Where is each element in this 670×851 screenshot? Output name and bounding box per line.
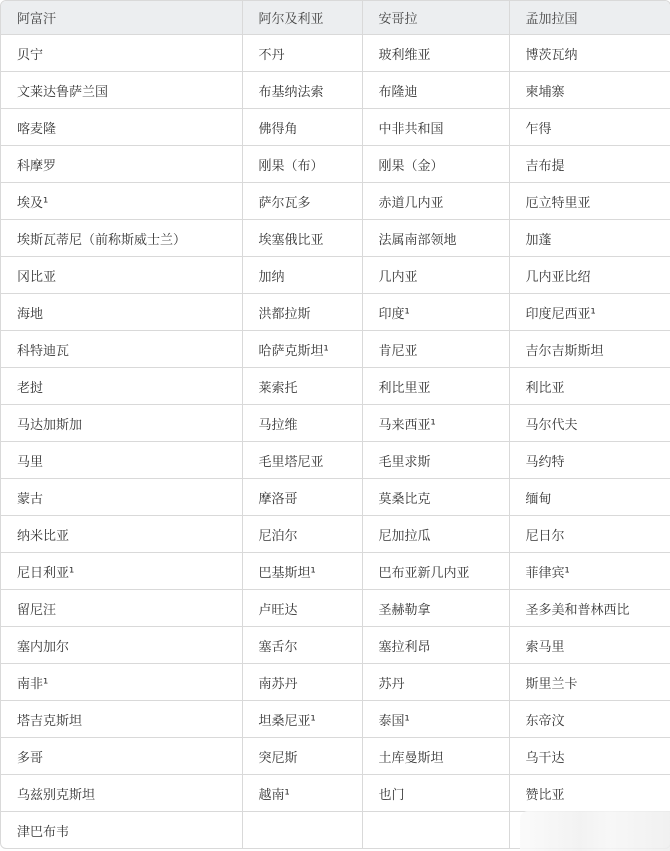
table-cell: 东帝汶 xyxy=(509,701,670,738)
table-cell: 圣多美和普林西比 xyxy=(509,590,670,627)
country-table: 阿富汗 阿尔及利亚 安哥拉 孟加拉国 贝宁不丹玻利维亚博茨瓦纳文莱达鲁萨兰国布基… xyxy=(1,1,670,848)
table-cell: 塞舌尔 xyxy=(242,627,362,664)
table-cell: 南苏丹 xyxy=(242,664,362,701)
table-cell: 哈萨克斯坦¹ xyxy=(242,331,362,368)
table-row: 尼日利亚¹巴基斯坦¹巴布亚新几内亚菲律宾¹ xyxy=(1,553,670,590)
table-cell: 马来西亚¹ xyxy=(362,405,509,442)
table-cell: 摩洛哥 xyxy=(242,479,362,516)
table-cell: 南非¹ xyxy=(1,664,242,701)
table-row: 喀麦隆佛得角中非共和国乍得 xyxy=(1,109,670,146)
table-cell: 埃及¹ xyxy=(1,183,242,220)
table-row: 埃斯瓦蒂尼（前称斯威士兰）埃塞俄比亚法属南部领地加蓬 xyxy=(1,220,670,257)
table-row: 老挝莱索托利比里亚利比亚 xyxy=(1,368,670,405)
table-cell: 法属南部领地 xyxy=(362,220,509,257)
table-cell: 苏丹 xyxy=(362,664,509,701)
table-cell: 博茨瓦纳 xyxy=(509,35,670,72)
table-cell: 海地 xyxy=(1,294,242,331)
table-row: 马里毛里塔尼亚毛里求斯马约特 xyxy=(1,442,670,479)
table-cell: 马拉维 xyxy=(242,405,362,442)
table-row: 科特迪瓦哈萨克斯坦¹肯尼亚吉尔吉斯斯坦 xyxy=(1,331,670,368)
table-cell: 塔吉克斯坦 xyxy=(1,701,242,738)
table-cell: 越南¹ xyxy=(242,775,362,812)
table-cell: 布基纳法索 xyxy=(242,72,362,109)
table-cell: 蒙古 xyxy=(1,479,242,516)
table-cell: 纳米比亚 xyxy=(1,516,242,553)
table-cell: 吉尔吉斯斯坦 xyxy=(509,331,670,368)
blurred-watermark xyxy=(520,811,670,851)
table-cell: 缅甸 xyxy=(509,479,670,516)
table-cell: 莫桑比克 xyxy=(362,479,509,516)
table-cell: 乌干达 xyxy=(509,738,670,775)
table-cell: 印度¹ xyxy=(362,294,509,331)
table-cell: 马里 xyxy=(1,442,242,479)
table-cell: 玻利维亚 xyxy=(362,35,509,72)
table-cell: 尼日尔 xyxy=(509,516,670,553)
table-cell: 毛里求斯 xyxy=(362,442,509,479)
table-cell: 加纳 xyxy=(242,257,362,294)
table-row: 南非¹南苏丹苏丹斯里兰卡 xyxy=(1,664,670,701)
table-cell: 肯尼亚 xyxy=(362,331,509,368)
table-cell: 洪都拉斯 xyxy=(242,294,362,331)
table-cell: 尼日利亚¹ xyxy=(1,553,242,590)
table-cell: 赤道几内亚 xyxy=(362,183,509,220)
table-cell: 印度尼西亚¹ xyxy=(509,294,670,331)
table-cell: 老挝 xyxy=(1,368,242,405)
country-table-container: 阿富汗 阿尔及利亚 安哥拉 孟加拉国 贝宁不丹玻利维亚博茨瓦纳文莱达鲁萨兰国布基… xyxy=(0,0,670,849)
table-row: 海地洪都拉斯印度¹印度尼西亚¹ xyxy=(1,294,670,331)
table-row: 留尼汪卢旺达圣赫勒拿圣多美和普林西比 xyxy=(1,590,670,627)
table-row: 马达加斯加马拉维马来西亚¹马尔代夫 xyxy=(1,405,670,442)
table-cell: 科特迪瓦 xyxy=(1,331,242,368)
table-header: 阿富汗 阿尔及利亚 安哥拉 孟加拉国 xyxy=(1,1,670,35)
table-cell: 萨尔瓦多 xyxy=(242,183,362,220)
table-row: 蒙古摩洛哥莫桑比克缅甸 xyxy=(1,479,670,516)
table-cell: 埃塞俄比亚 xyxy=(242,220,362,257)
table-cell: 乌兹别克斯坦 xyxy=(1,775,242,812)
header-cell: 孟加拉国 xyxy=(509,1,670,35)
table-row: 文莱达鲁萨兰国布基纳法索布隆迪柬埔寨 xyxy=(1,72,670,109)
table-cell: 刚果（金） xyxy=(362,146,509,183)
table-cell: 埃斯瓦蒂尼（前称斯威士兰） xyxy=(1,220,242,257)
header-cell: 阿尔及利亚 xyxy=(242,1,362,35)
table-row: 冈比亚加纳几内亚几内亚比绍 xyxy=(1,257,670,294)
table-row: 塔吉克斯坦坦桑尼亚¹泰国¹东帝汶 xyxy=(1,701,670,738)
table-cell: 多哥 xyxy=(1,738,242,775)
table-cell: 马尔代夫 xyxy=(509,405,670,442)
table-row: 纳米比亚尼泊尔尼加拉瓜尼日尔 xyxy=(1,516,670,553)
table-cell: 尼泊尔 xyxy=(242,516,362,553)
table-cell: 文莱达鲁萨兰国 xyxy=(1,72,242,109)
table-cell: 突尼斯 xyxy=(242,738,362,775)
table-cell: 土库曼斯坦 xyxy=(362,738,509,775)
table-cell: 索马里 xyxy=(509,627,670,664)
table-cell xyxy=(242,812,362,849)
table-row: 科摩罗刚果（布）刚果（金）吉布提 xyxy=(1,146,670,183)
table-cell: 刚果（布） xyxy=(242,146,362,183)
table-cell: 乍得 xyxy=(509,109,670,146)
table-cell: 毛里塔尼亚 xyxy=(242,442,362,479)
table-cell: 几内亚 xyxy=(362,257,509,294)
table-row: 埃及¹萨尔瓦多赤道几内亚厄立特里亚 xyxy=(1,183,670,220)
table-row: 贝宁不丹玻利维亚博茨瓦纳 xyxy=(1,35,670,72)
table-cell: 布隆迪 xyxy=(362,72,509,109)
table-cell: 厄立特里亚 xyxy=(509,183,670,220)
table-cell: 马约特 xyxy=(509,442,670,479)
table-cell: 赞比亚 xyxy=(509,775,670,812)
table-cell: 斯里兰卡 xyxy=(509,664,670,701)
table-cell: 不丹 xyxy=(242,35,362,72)
table-cell: 圣赫勒拿 xyxy=(362,590,509,627)
table-cell: 也门 xyxy=(362,775,509,812)
table-cell: 留尼汪 xyxy=(1,590,242,627)
table-row: 塞内加尔塞舌尔塞拉利昂索马里 xyxy=(1,627,670,664)
table-cell: 贝宁 xyxy=(1,35,242,72)
table-cell: 坦桑尼亚¹ xyxy=(242,701,362,738)
table-cell: 利比亚 xyxy=(509,368,670,405)
table-cell: 喀麦隆 xyxy=(1,109,242,146)
table-cell xyxy=(362,812,509,849)
table-cell: 几内亚比绍 xyxy=(509,257,670,294)
header-row: 阿富汗 阿尔及利亚 安哥拉 孟加拉国 xyxy=(1,1,670,35)
header-cell: 阿富汗 xyxy=(1,1,242,35)
table-cell: 泰国¹ xyxy=(362,701,509,738)
table-body: 贝宁不丹玻利维亚博茨瓦纳文莱达鲁萨兰国布基纳法索布隆迪柬埔寨喀麦隆佛得角中非共和… xyxy=(1,35,670,849)
table-cell: 柬埔寨 xyxy=(509,72,670,109)
table-cell: 加蓬 xyxy=(509,220,670,257)
header-cell: 安哥拉 xyxy=(362,1,509,35)
table-cell: 塞内加尔 xyxy=(1,627,242,664)
table-cell: 卢旺达 xyxy=(242,590,362,627)
table-cell: 科摩罗 xyxy=(1,146,242,183)
table-cell: 马达加斯加 xyxy=(1,405,242,442)
table-cell: 冈比亚 xyxy=(1,257,242,294)
table-cell: 塞拉利昂 xyxy=(362,627,509,664)
table-cell: 利比里亚 xyxy=(362,368,509,405)
table-cell: 巴布亚新几内亚 xyxy=(362,553,509,590)
table-cell: 中非共和国 xyxy=(362,109,509,146)
table-cell: 菲律宾¹ xyxy=(509,553,670,590)
table-row: 多哥突尼斯土库曼斯坦乌干达 xyxy=(1,738,670,775)
table-cell: 莱索托 xyxy=(242,368,362,405)
table-cell: 佛得角 xyxy=(242,109,362,146)
table-cell: 津巴布韦 xyxy=(1,812,242,849)
table-cell: 巴基斯坦¹ xyxy=(242,553,362,590)
table-row: 乌兹别克斯坦越南¹也门赞比亚 xyxy=(1,775,670,812)
table-cell: 尼加拉瓜 xyxy=(362,516,509,553)
table-cell: 吉布提 xyxy=(509,146,670,183)
